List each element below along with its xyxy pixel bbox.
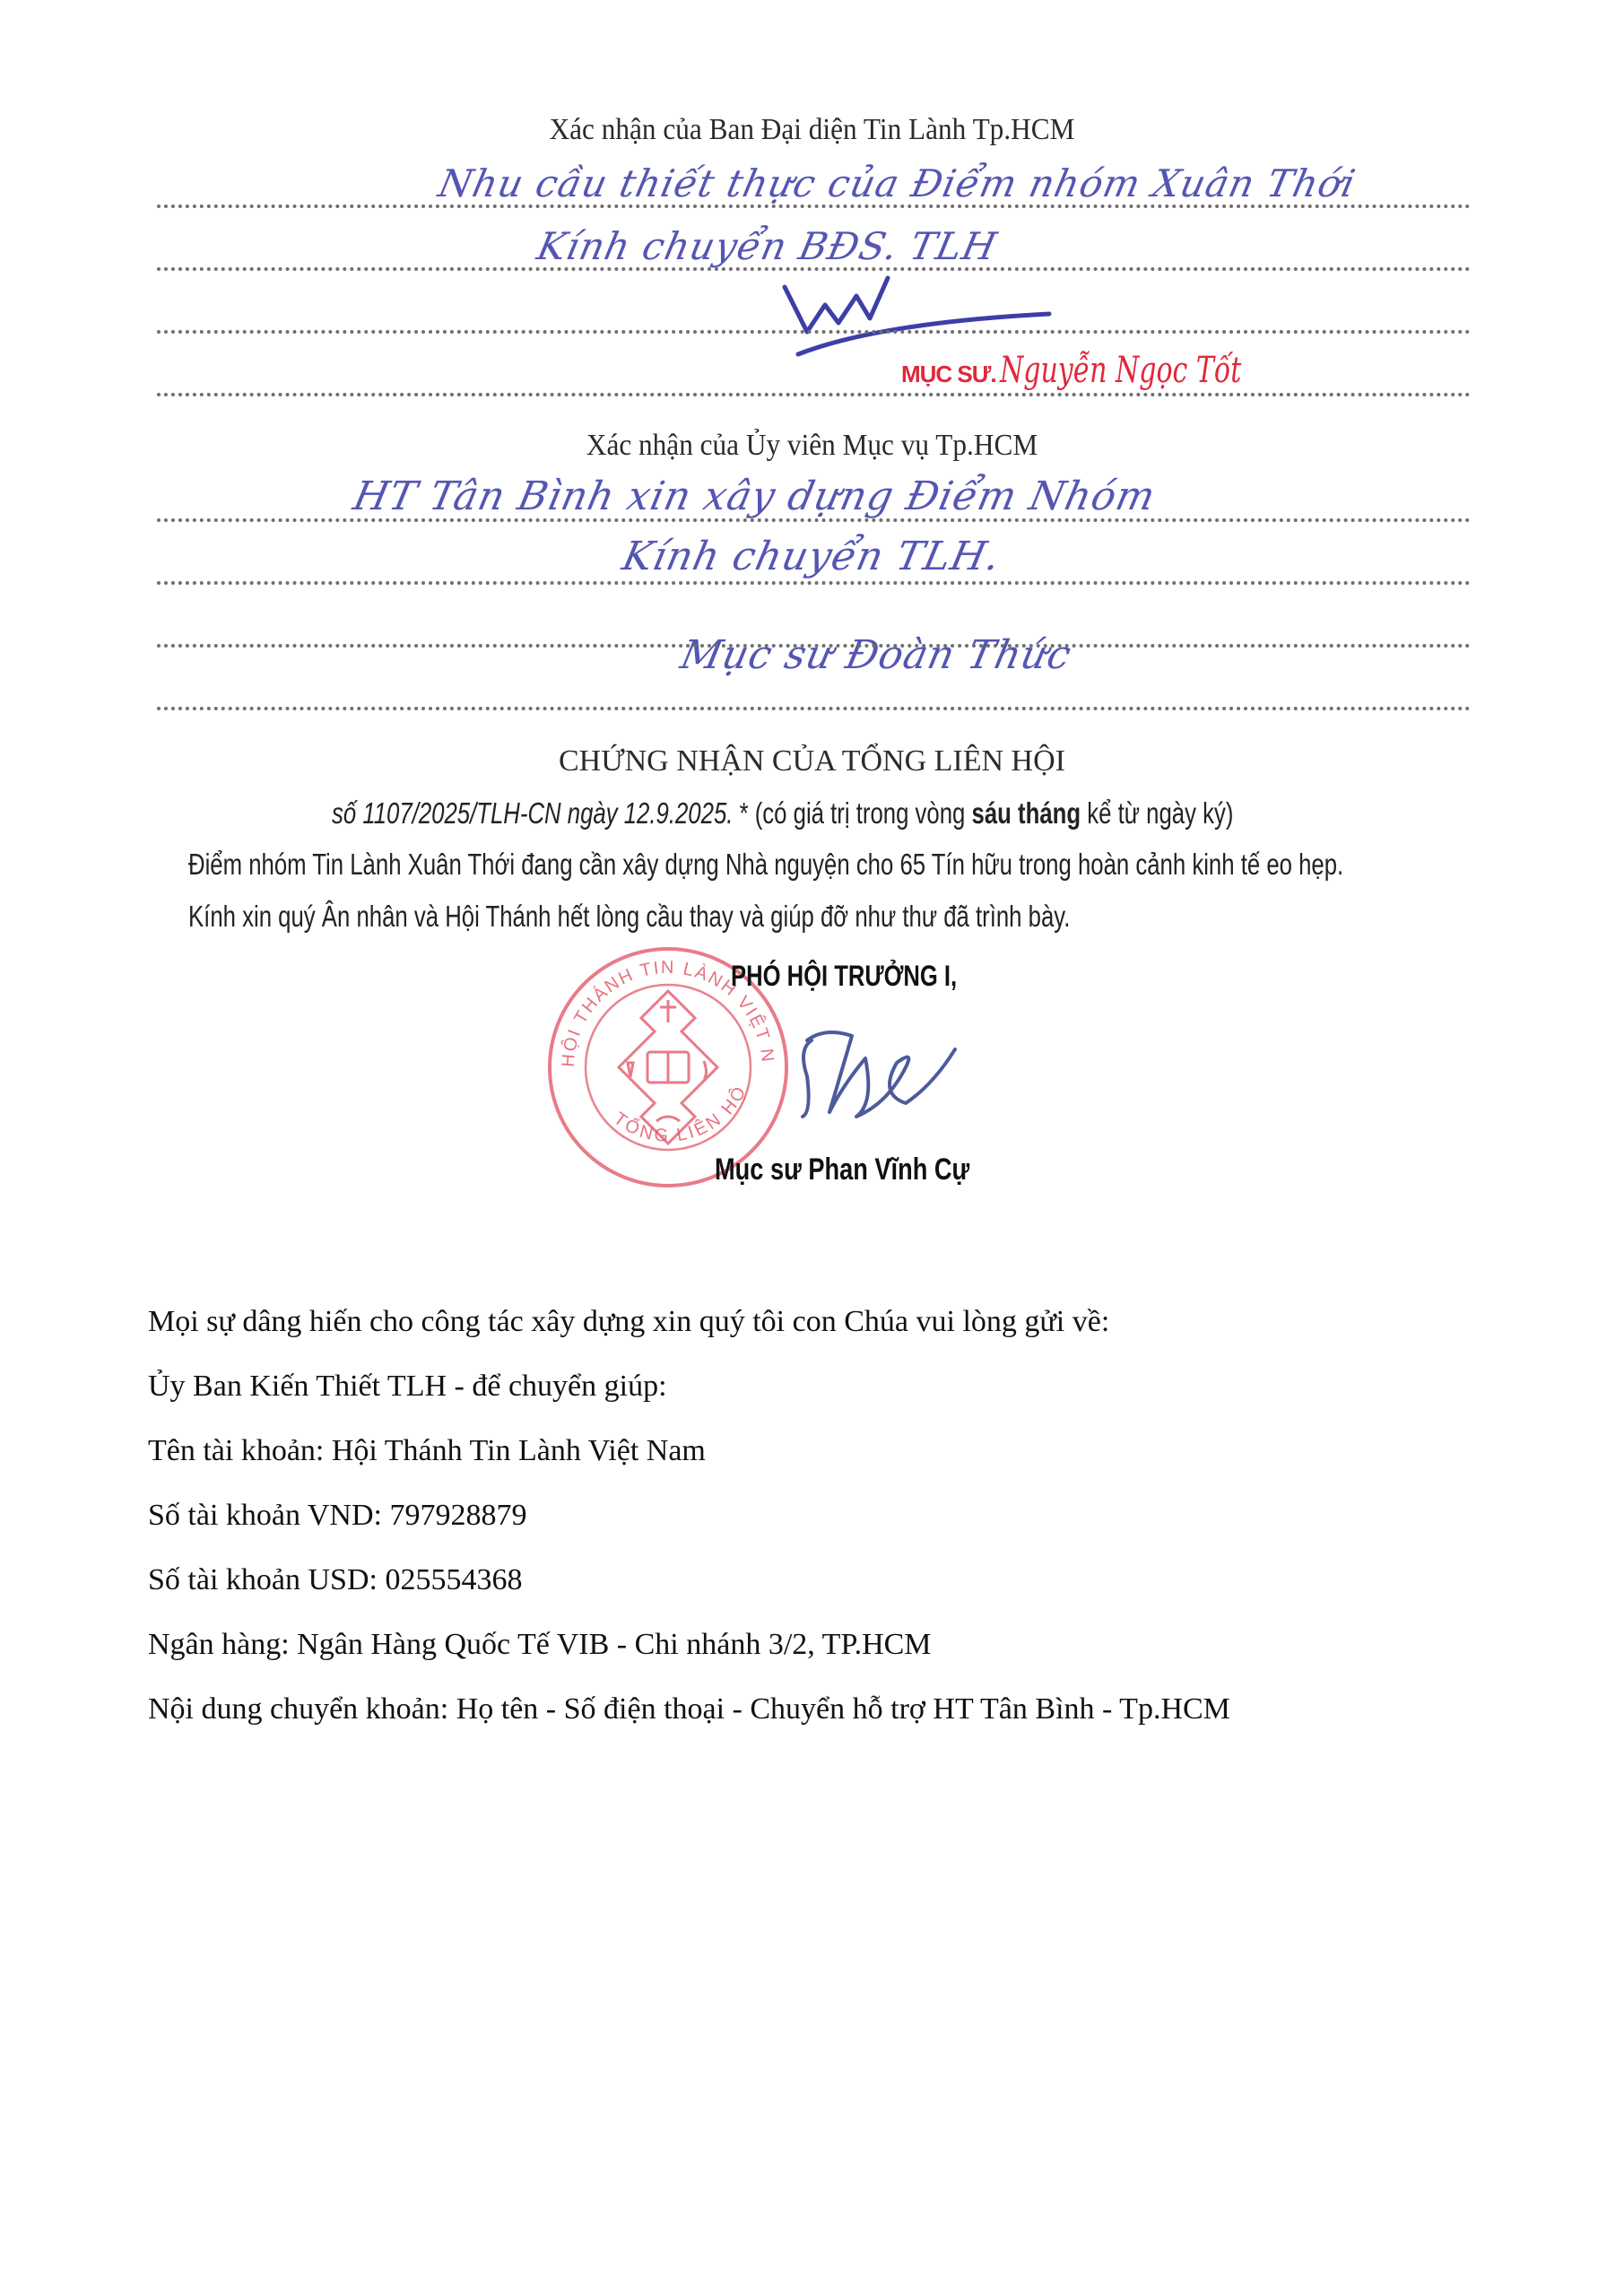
dotted-line [157, 330, 1471, 334]
dotted-line [157, 204, 1471, 208]
committee-heading: Xác nhận của Ủy viên Mục vụ Tp.HCM [65, 429, 1559, 463]
donation-intro: Mọi sự dâng hiến cho công tác xây dựng x… [148, 1305, 1109, 1339]
account-name: Tên tài khoản: Hội Thánh Tin Lành Việt N… [148, 1434, 706, 1468]
donation-committee: Ủy Ban Kiến Thiết TLH - để chuyển giúp: [148, 1370, 667, 1404]
certification-body-line-1: Điểm nhóm Tin Lành Xuân Thới đang cần xâ… [188, 848, 1343, 882]
rep-name-stamp: MỤC SƯ. Nguyễn Ngọc Tốt [901, 350, 1322, 391]
certification-title: CHỨNG NHẬN CỦA TỔNG LIÊN HỘI [0, 744, 1624, 778]
certification-reference: số 1107/2025/TLH-CN ngày 12.9.2025. [332, 796, 733, 830]
dotted-line [157, 707, 1471, 710]
account-number-vnd: Số tài khoản VND: 797928879 [148, 1499, 526, 1533]
signer-role: PHÓ HỘI TRƯỞNG I, [731, 960, 957, 993]
validity-period: sáu tháng [972, 796, 1081, 830]
bank-name: Ngân hàng: Ngân Hàng Quốc Tế VIB - Chi n… [148, 1628, 932, 1662]
signer-name: Mục sư Phan Vĩnh Cự [715, 1152, 969, 1187]
transfer-content: Nội dung chuyển khoản: Họ tên - Số điện … [148, 1692, 1230, 1726]
committee-handwritten-line-1: HT Tân Bình xin xây dựng Điểm Nhóm [350, 474, 1160, 519]
certification-signature-icon [789, 1013, 968, 1130]
committee-signature: Mục sư Đoàn Thức [677, 632, 1076, 678]
stamp-title: MỤC SƯ. [901, 361, 996, 387]
rep-heading: Xác nhận của Ban Đại diện Tin Lành Tp.HC… [65, 113, 1559, 147]
validity-prefix: * (có giá trị trong vòng [740, 796, 966, 830]
dotted-line [157, 644, 1471, 648]
dotted-line [157, 393, 1471, 396]
rep-handwritten-line-1: Nhu cầu thiết thực của Điểm nhóm Xuân Th… [435, 161, 1360, 205]
committee-handwritten-line-2: Kính chuyển TLH. [619, 534, 1005, 579]
validity-suffix: kể từ ngày ký) [1087, 796, 1233, 830]
certification-body-line-2: Kính xin quý Ân nhân và Hội Thánh hết lò… [188, 900, 1070, 934]
dotted-line [157, 518, 1471, 522]
account-number-usd: Số tài khoản USD: 025554368 [148, 1563, 522, 1597]
rep-handwritten-line-2: Kính chuyển BĐS. TLH [534, 224, 1002, 268]
dotted-line [157, 581, 1471, 585]
certification-reference-line: số 1107/2025/TLH-CN ngày 12.9.2025. * (c… [332, 796, 1233, 831]
stamp-name: Nguyễn Ngọc Tốt [1000, 350, 1241, 391]
